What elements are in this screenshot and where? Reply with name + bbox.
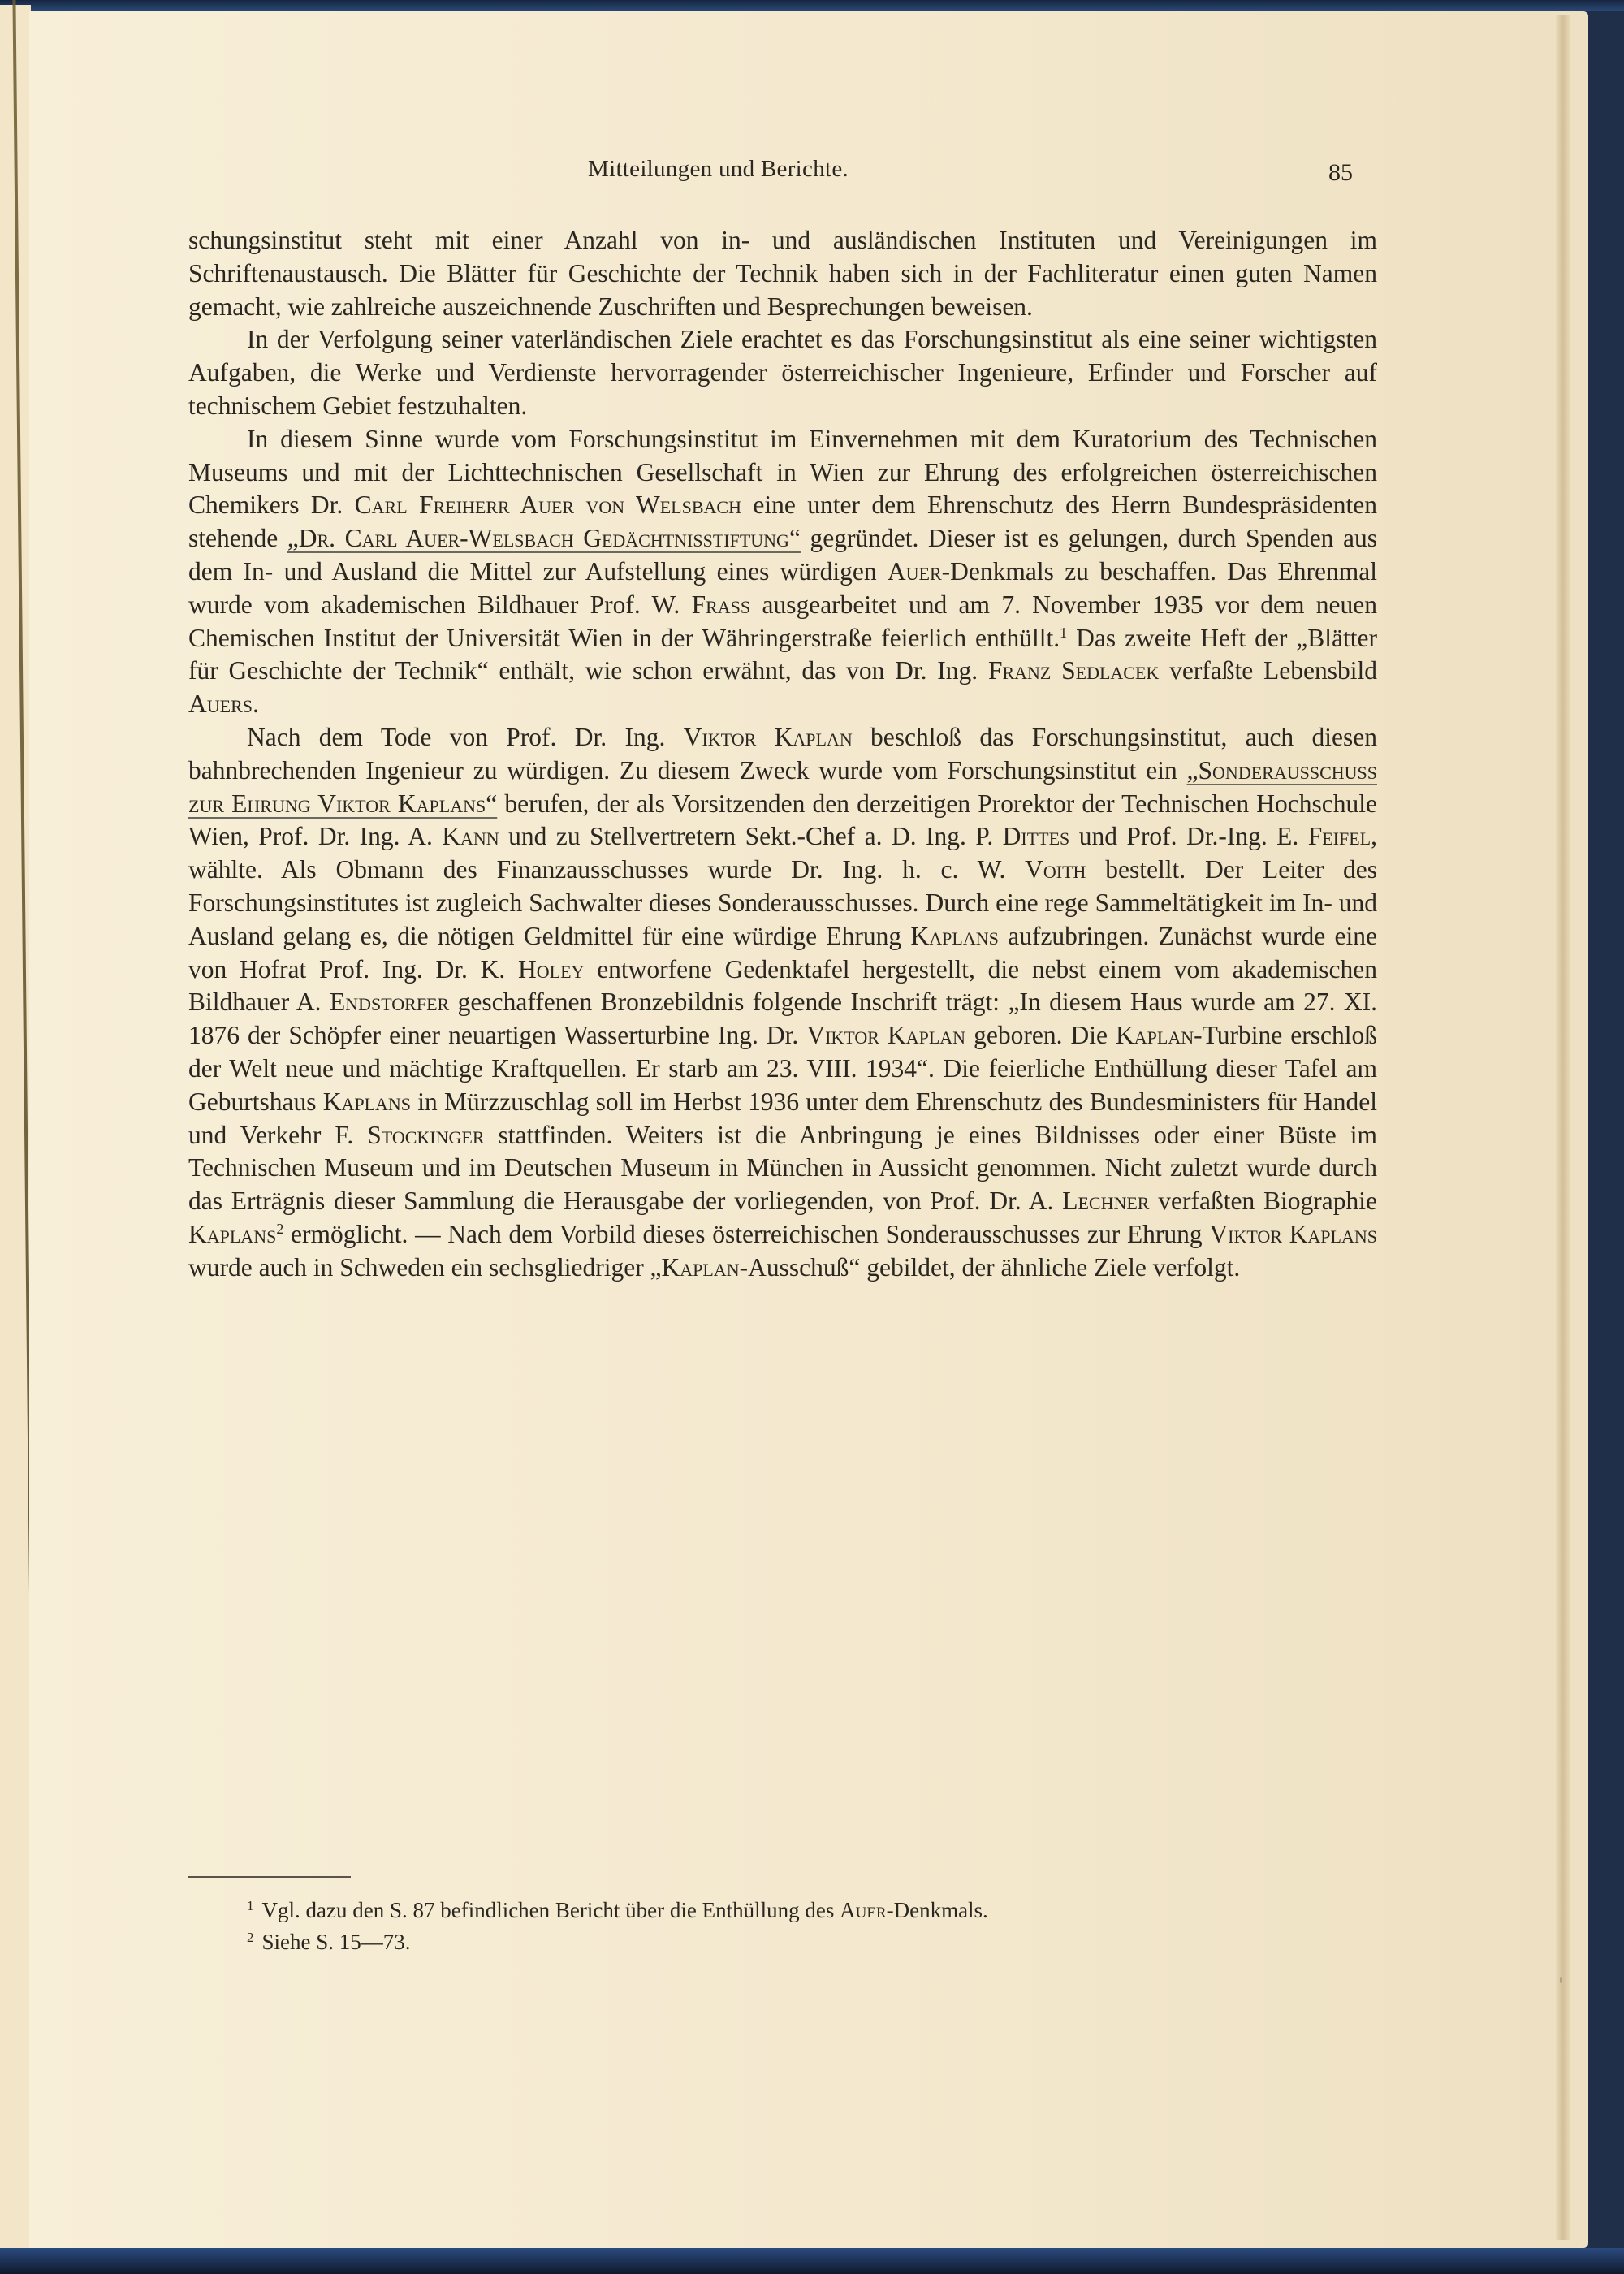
person-name: Stockinger [367, 1121, 484, 1149]
person-name: Kaplans [911, 922, 999, 950]
book-cover-top-edge [0, 0, 1624, 11]
person-name: Lechner [1062, 1187, 1149, 1215]
book-cover-bottom-edge [0, 2248, 1624, 2274]
page-edge-shadow [1556, 15, 1570, 2240]
paragraph-3: In diesem Sinne wurde vom Forschungsinst… [188, 423, 1377, 721]
running-head: Mitteilungen und Berichte. 85 [29, 156, 1588, 188]
person-name: Auers [188, 690, 253, 718]
footnote-ref-1[interactable]: 1 [1060, 625, 1067, 641]
underlined-foundation-name: „Dr. Carl Auer-Welsbach Gedächtnisstiftu… [287, 524, 801, 552]
paragraph-2: In der Verfolgung seiner vaterländischen… [188, 323, 1377, 422]
footnote-mark: 1 [247, 1898, 254, 1913]
person-name: Kaplan [1116, 1021, 1194, 1049]
person-name: Viktor Kaplan [684, 723, 853, 751]
person-name: Viktor Kaplans [1209, 1220, 1377, 1248]
person-name: Kann [442, 822, 499, 850]
footnote-1: 1Vgl. dazu den S. 87 befindlichen Berich… [247, 1892, 1384, 1924]
footnotes: 1Vgl. dazu den S. 87 befindlichen Berich… [247, 1892, 1384, 1956]
person-name: Frass [692, 590, 751, 619]
person-name: Auer [888, 557, 942, 586]
person-name: Kaplans [323, 1087, 411, 1116]
person-name: Kaplans [188, 1220, 276, 1248]
person-name: Voith [1025, 855, 1086, 884]
person-name: Feifel [1308, 822, 1371, 850]
body-text: schungsinstitut steht mit einer Anzahl v… [188, 224, 1377, 1285]
footnote-2: 2Siehe S. 15—73. [247, 1924, 1384, 1956]
person-name: Dittes [1003, 822, 1070, 850]
paragraph-4: Nach dem Tode von Prof. Dr. Ing. Viktor … [188, 721, 1377, 1285]
person-name: Franz Sedlacek [988, 656, 1159, 685]
footnote-divider [188, 1876, 351, 1878]
person-name: Endstorfer [330, 988, 449, 1016]
person-name: Kaplan [662, 1253, 740, 1282]
footnote-ref-2[interactable]: 2 [276, 1221, 283, 1237]
page-number: 85 [1328, 159, 1353, 187]
footnote-mark: 2 [247, 1930, 254, 1945]
book-page: Mitteilungen und Berichte. 85 schungsins… [29, 11, 1588, 2248]
person-name: Holey [518, 955, 584, 984]
person-name: Viktor Kaplan [806, 1021, 965, 1049]
person-name: Carl Freiherr Auer von Welsbach [355, 491, 741, 519]
paper-speck [1560, 1977, 1562, 1983]
paragraph-1: schungsinstitut steht mit einer Anzahl v… [188, 224, 1377, 323]
running-head-title: Mitteilungen und Berichte. [588, 156, 849, 183]
